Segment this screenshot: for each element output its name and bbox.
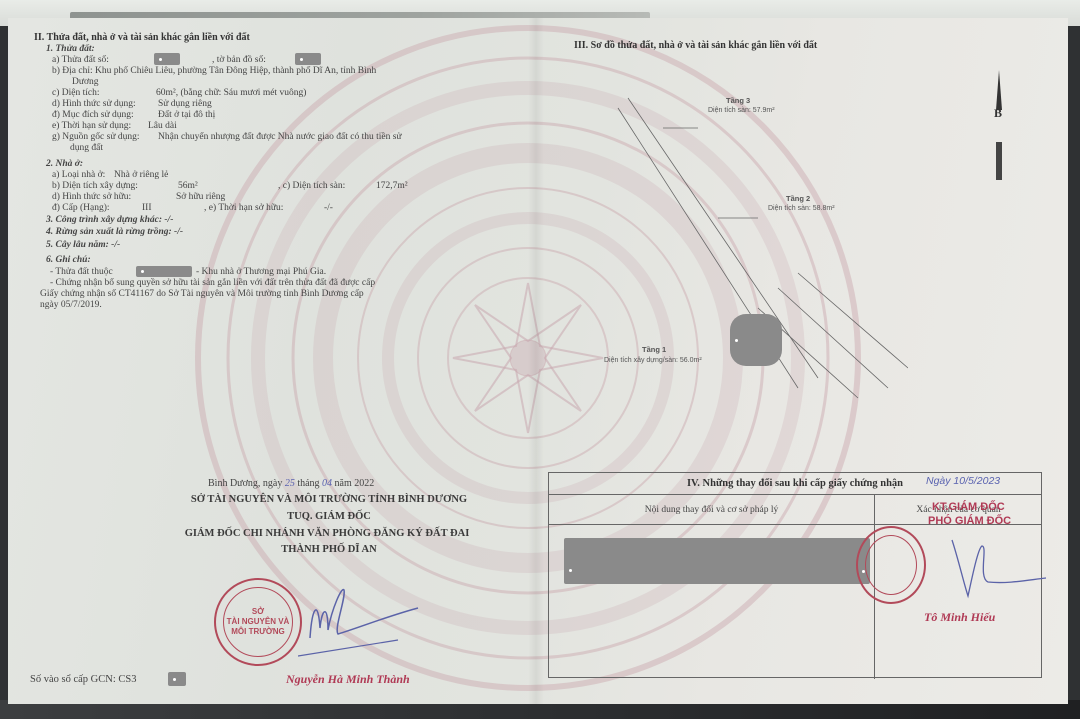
origin-label: g) Nguồn gốc sử dụng: [52, 132, 139, 143]
use-purpose-label: đ) Mục đích sử dụng: [52, 110, 134, 121]
other-construction: 3. Công trình xây dựng khác: -/- [46, 215, 173, 226]
area-label: c) Diện tích: [52, 88, 99, 99]
tuq-director: TUQ. GIÁM ĐỐC [154, 511, 504, 522]
floor-2-name: Tầng 2 [786, 194, 810, 203]
changes-content-header: Nội dung thay đổi và cơ sở pháp lý [549, 505, 874, 515]
floor-3-name: Tầng 3 [726, 96, 750, 105]
notes-line-1-suffix: - Khu nhà ở Thương mại Phú Gia. [196, 267, 326, 278]
ownership-term-value: -/- [324, 203, 333, 214]
notes-line-1-prefix: - Thửa đất thuộc [50, 267, 113, 278]
floor-2-area: Diện tích sàn: 58.8m² [768, 205, 835, 212]
parcel-number-label: a) Thửa đất số: [52, 55, 109, 66]
registry-redacted [168, 672, 186, 686]
city-office: THÀNH PHỐ DĨ AN [154, 544, 504, 555]
compass-letter: B [994, 108, 1002, 119]
section-3-title: III. Sơ đồ thửa đất, nhà ở và tài sản kh… [574, 40, 817, 51]
notes-heading: 6. Ghi chú: [46, 255, 91, 266]
page-fold [528, 18, 544, 704]
grade-value: III [142, 203, 152, 214]
map-sheet-redacted [295, 53, 321, 65]
date-month: 04 [322, 478, 332, 489]
build-area-label: b) Diện tích xây dựng: [52, 181, 138, 192]
area-value: 60m², (bằng chữ: Sáu mươi mét vuông) [156, 88, 306, 99]
address-line-cont: Dương [72, 77, 99, 88]
origin-value: Nhận chuyển nhượng đất được Nhà nước gia… [158, 132, 402, 143]
ownership-form-value: Sở hữu riêng [176, 192, 225, 203]
use-form-label: d) Hình thức sử dụng: [52, 99, 136, 110]
floor-1-area: Diện tích xây dựng/sàn: 56.0m² [604, 357, 702, 364]
map-sheet-label: , tờ bản đồ số: [212, 55, 266, 66]
floor-1-name: Tầng 1 [642, 345, 666, 354]
notes-line-3: Giấy chứng nhận số CT41167 do Sở Tài ngu… [40, 289, 364, 300]
notes-line-4: ngày 05/7/2019. [40, 300, 102, 311]
floor-3-area: Diện tích sàn: 57.9m² [708, 107, 775, 114]
use-term-label: e) Thời hạn sử dụng: [52, 121, 131, 132]
address-line: b) Địa chỉ: Khu phố Chiêu Liêu, phường T… [52, 66, 376, 77]
date-day: 25 [285, 478, 295, 489]
confirmation-signer: Tô Minh Hiếu [924, 610, 995, 625]
change-content-redacted [564, 538, 870, 584]
origin-value-cont: dụng đất [70, 143, 103, 154]
notes-redacted [136, 266, 192, 277]
use-term-value: Lâu dài [148, 121, 177, 132]
registry-label: Số vào sổ cấp GCN: CS3 [30, 674, 136, 685]
section-2-title: II. Thửa đất, nhà ở và tài sản khác gắn … [34, 32, 250, 43]
issue-date: Bình Dương, ngày 25 tháng 04 năm 2022 [208, 478, 374, 489]
date-year: 2022 [354, 478, 374, 489]
stamp-text: SỞ TÀI NGUYÊN VÀ MÔI TRƯỜNG [227, 607, 290, 637]
notes-line-2: - Chứng nhận bổ sung quyền sở hữu tài sả… [50, 278, 375, 289]
signer-name: Nguyễn Hà Minh Thành [286, 672, 410, 687]
ownership-form-label: d) Hình thức sở hữu: [52, 192, 131, 203]
confirmation-date: Ngày 10/5/2023 [926, 476, 1000, 487]
house-type-label: a) Loại nhà ở: [52, 170, 105, 181]
date-month-label: tháng [297, 478, 319, 489]
ownership-term-label: , e) Thời hạn sở hữu: [204, 203, 283, 214]
official-stamp-department: SỞ TÀI NGUYÊN VÀ MÔI TRƯỜNG [214, 578, 302, 666]
perennial-trees: 5. Cây lâu năm: -/- [46, 240, 120, 251]
floor-area-label: , c) Diện tích sàn: [278, 181, 345, 192]
signer-title: GIÁM ĐỐC CHI NHÁNH VĂN PHÒNG ĐĂNG KÝ ĐẤT… [142, 528, 512, 539]
build-area-value: 56m² [178, 181, 198, 192]
floor-area-value: 172,7m² [376, 181, 408, 192]
grade-label: đ) Cấp (Hạng): [52, 203, 110, 214]
date-prefix: Bình Dương, ngày [208, 478, 282, 489]
issuing-org: SỞ TÀI NGUYÊN VÀ MÔI TRƯỜNG TỈNH BÌNH DƯ… [154, 494, 504, 505]
confirmation-title-2: PHÓ GIÁM ĐỐC [928, 516, 1011, 527]
use-form-value: Sử dụng riêng [158, 99, 212, 110]
official-stamp-branch [856, 526, 926, 604]
signature-scribble [298, 578, 428, 658]
house-type-value: Nhà ở riêng lẻ [114, 170, 168, 181]
north-arrow-icon [992, 70, 1006, 180]
land-heading: 1. Thửa đất: [46, 44, 95, 55]
parcel-number-redacted [154, 53, 180, 65]
land-use-certificate: II. Thửa đất, nhà ở và tài sản khác gắn … [8, 18, 1068, 704]
confirmation-title-1: KT.GIÁM ĐỐC [932, 502, 1005, 513]
confirmation-signature [948, 538, 1048, 608]
production-forest: 4. Rừng sản xuất là rừng trồng: -/- [46, 227, 183, 238]
use-purpose-value: Đất ở tại đô thị [158, 110, 215, 121]
house-heading: 2. Nhà ở: [46, 159, 83, 170]
diagram-redacted [730, 314, 782, 366]
date-year-label: năm [335, 478, 352, 489]
